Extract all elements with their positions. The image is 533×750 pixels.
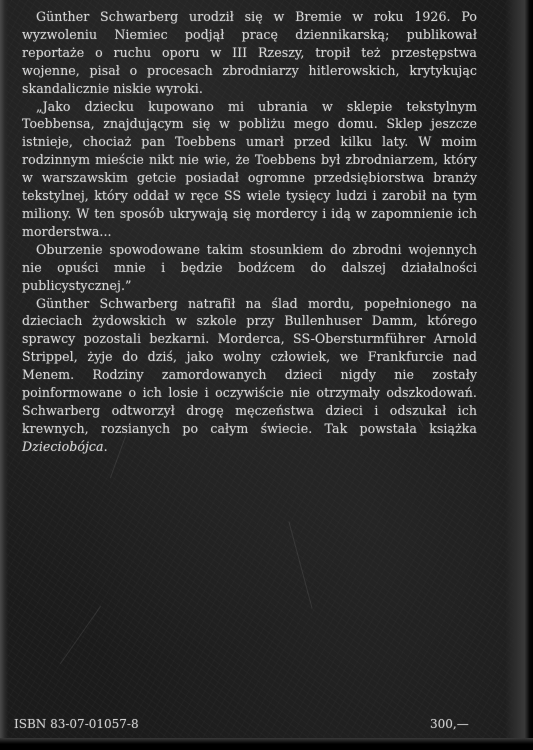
blurb-text: Günther Schwarberg urodził się w Bremie … — [22, 8, 477, 456]
price-label: 300,— — [430, 717, 469, 731]
book-title: Dzieciobójca — [22, 439, 104, 454]
paragraph-book-origin-text: Günther Schwarberg natrafił na ślad mord… — [22, 296, 477, 436]
worn-right-edge — [505, 0, 533, 750]
surface-scratch — [288, 521, 312, 608]
paragraph-author-bio: Günther Schwarberg urodził się w Bremie … — [22, 8, 477, 98]
book-back-cover: Günther Schwarberg urodził się w Bremie … — [0, 0, 533, 750]
paragraph-quote-ending: Oburzenie spowodowane takim stosunkiem d… — [22, 241, 477, 295]
paragraph-book-origin: Günther Schwarberg natrafił na ślad mord… — [22, 295, 477, 456]
paragraph-author-quote: „Jako dziecku kupowano mi ubrania w skle… — [22, 98, 477, 241]
isbn-number: ISBN 83-07-01057-8 — [14, 717, 139, 731]
worn-left-edge — [0, 0, 8, 740]
paragraph-book-origin-end: . — [104, 439, 108, 454]
surface-scratch — [60, 606, 101, 664]
worn-bottom-edge — [0, 738, 533, 750]
